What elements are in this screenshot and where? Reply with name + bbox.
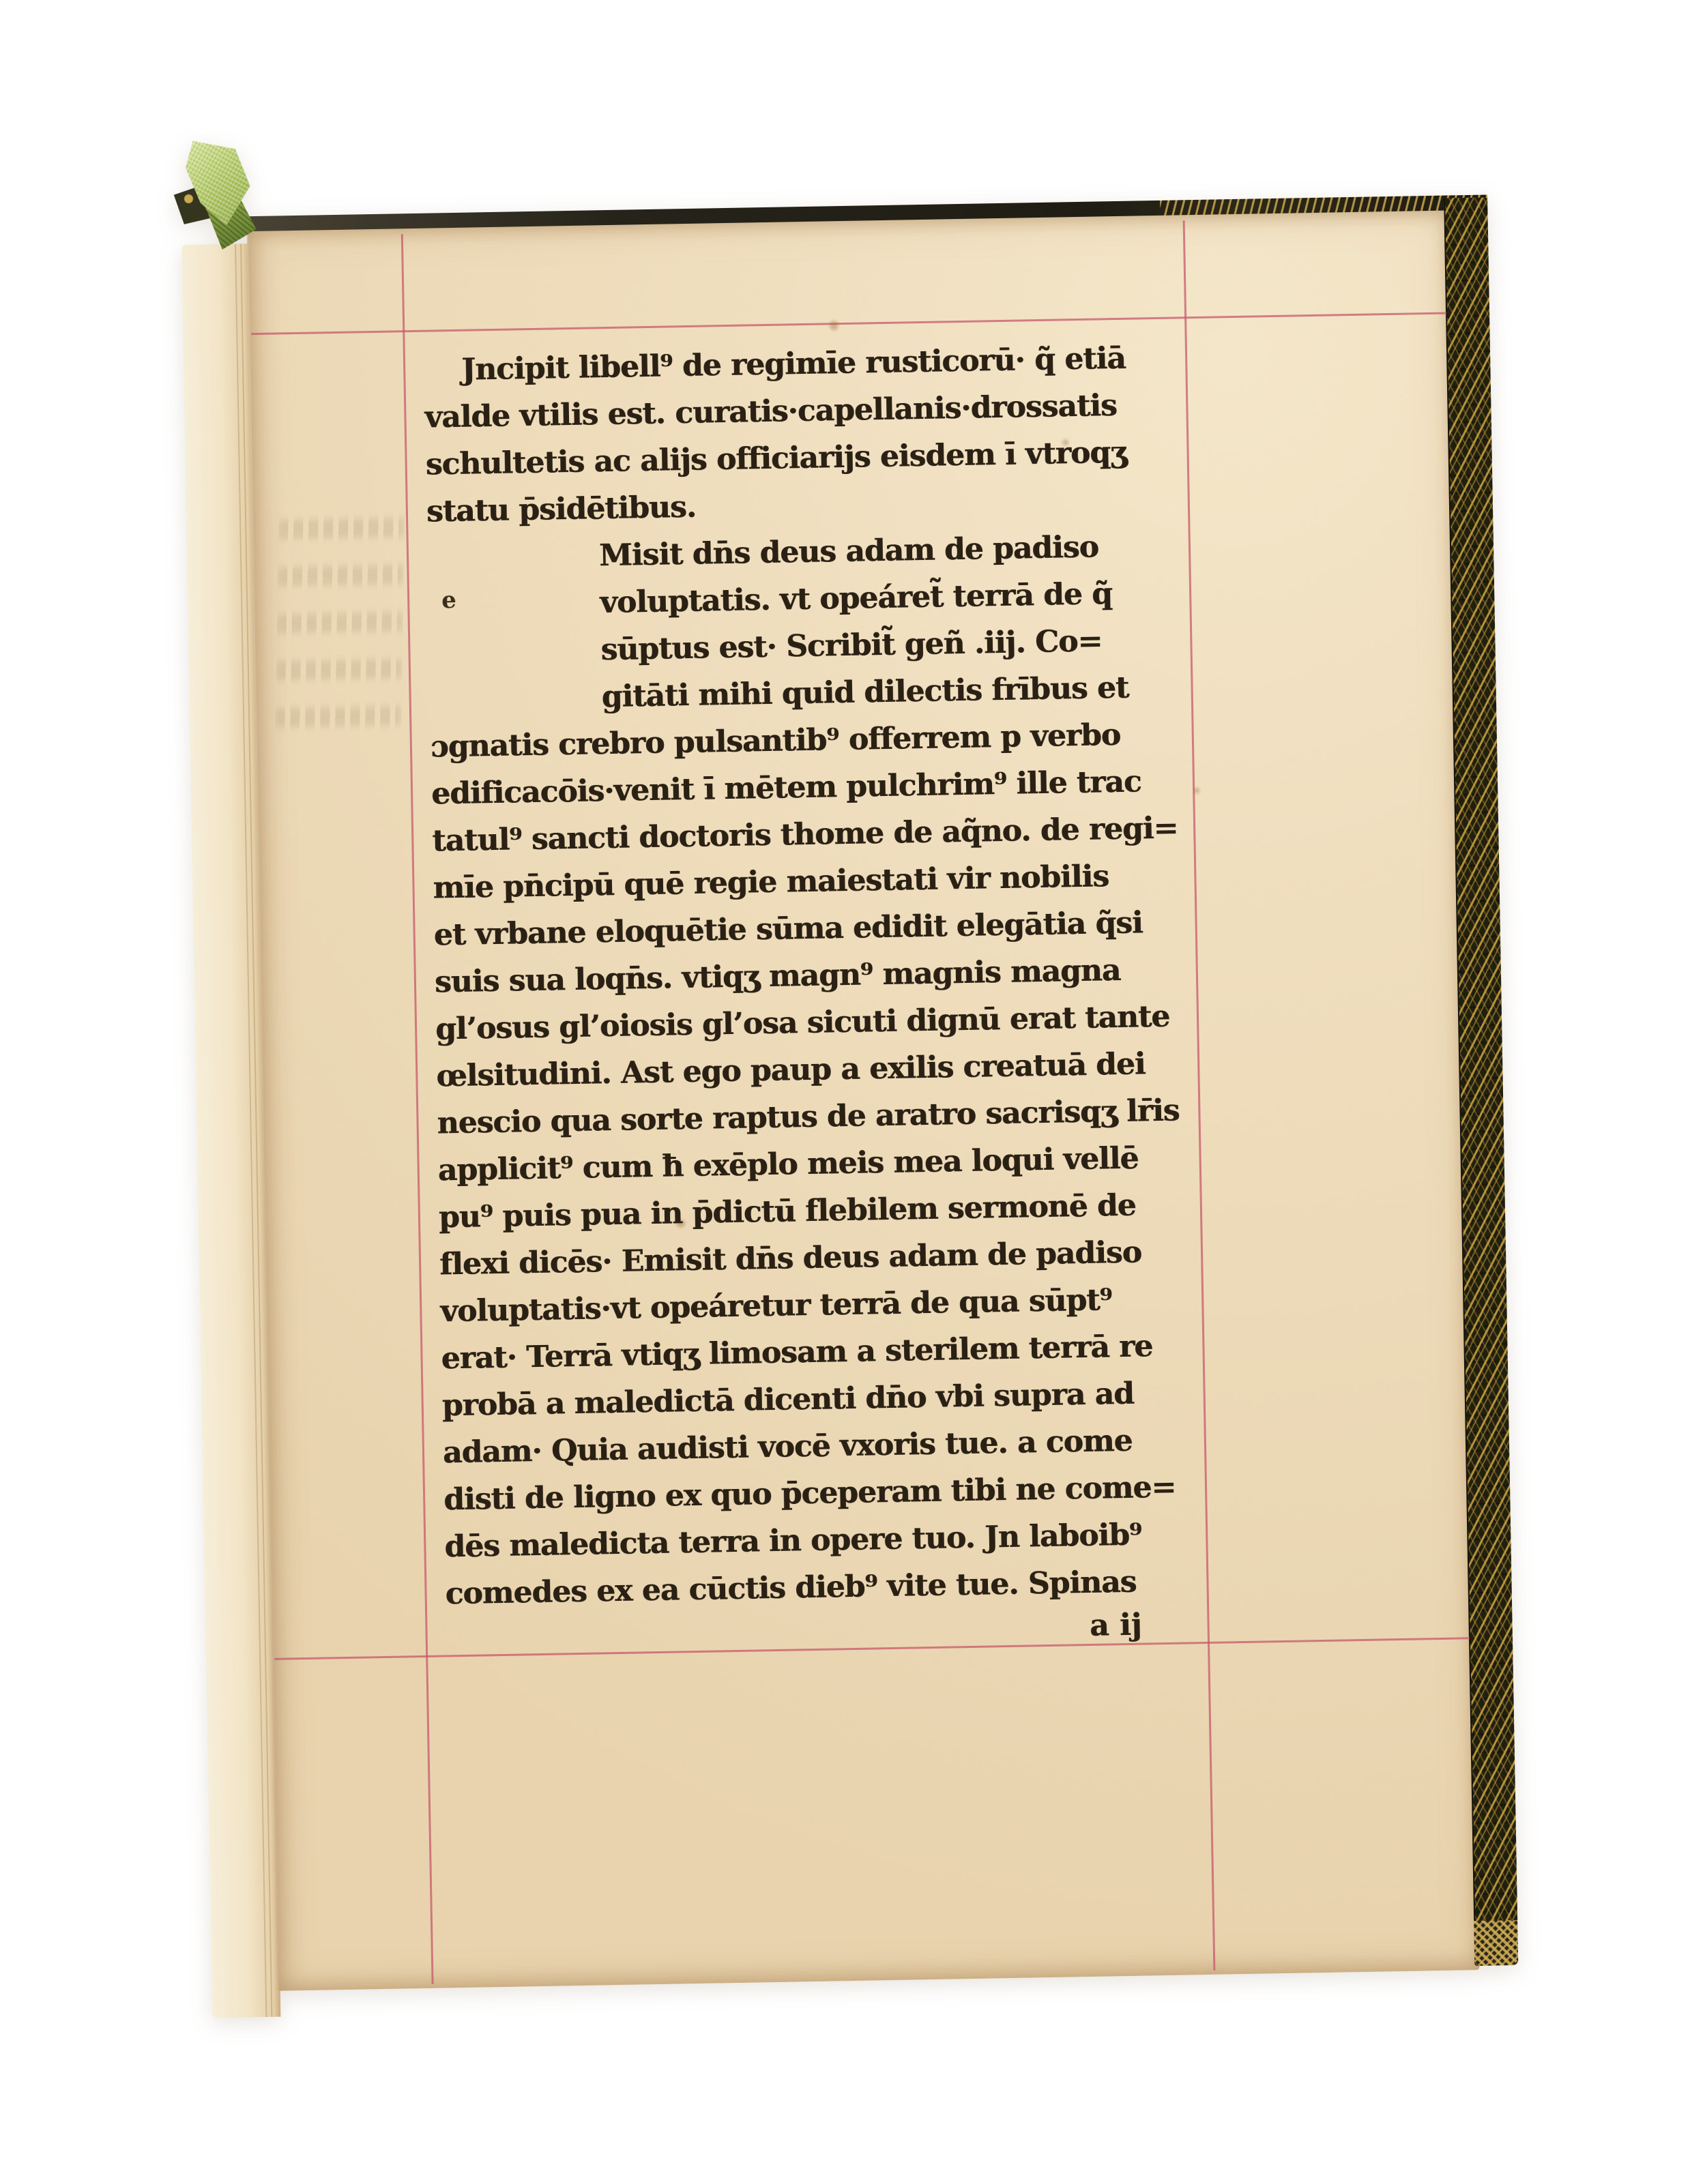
ribbon-marker (171, 139, 282, 264)
text-block: Jncipit libell⁹ de regimīe rusticorū· q̃… (424, 334, 1210, 1617)
book: e Jncipit libell⁹ de regimīe rusticorū· … (181, 194, 1518, 2001)
show-through-text (275, 507, 405, 741)
photo-background: e Jncipit libell⁹ de regimīe rusticorū· … (0, 0, 1705, 2184)
